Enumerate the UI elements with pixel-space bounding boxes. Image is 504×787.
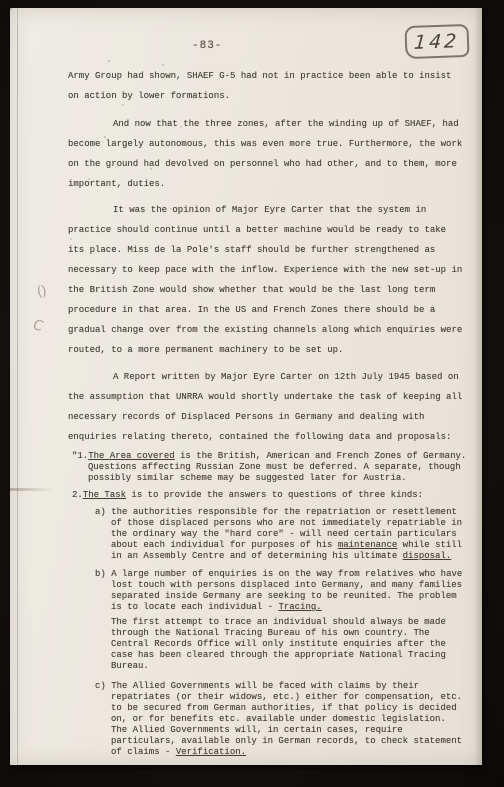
page-crease-line [16,8,18,765]
paragraph-report-intro: A Report written by Major Eyre Carter on… [68,367,464,447]
item-number: "1. [72,451,88,461]
margin-pencil-mark: ( ) [36,283,46,300]
item-title-underlined: The Area covered [88,451,174,461]
numbered-item-area-covered: "1.The Area covered is the British, Amer… [72,451,482,484]
item-number: 2. [72,490,83,500]
underlined-term-tracing: Tracing. [278,602,321,612]
item-letter: c) [95,681,106,691]
underlined-term-verification: Verification. [176,747,246,757]
numbered-item-the-task: 2.The Task is to provide the answers to … [72,490,482,501]
archive-stamp-box: 142 [404,24,469,59]
page-edge-shadow [474,8,482,765]
item-letter: b) [95,569,106,579]
scan-smudge [10,488,54,491]
paragraph-tracing-continuation: The first attempt to trace an individual… [111,617,467,672]
typed-text-body: Army Group had shown, SHAEF G-5 had not … [68,66,464,765]
margin-pencil-mark: C [30,317,45,334]
item-title-underlined: The Task [83,490,126,500]
item-text: The Allied Governments will be faced wit… [111,681,462,757]
paragraph-three-zones: And now that the three zones, after the … [68,114,464,194]
paper-speckles [10,8,12,10]
page-number: -83- [192,40,222,52]
underlined-term-disposal: disposal. [403,551,452,561]
lettered-item-b-tracing: b) A large number of enquiries is on the… [95,569,467,613]
paragraph-eyre-carter-opinion: It was the opinion of Major Eyre Carter … [68,200,464,360]
item-text: is to provide the answers to questions o… [126,490,423,500]
archive-stamp-number: 142 [414,30,461,54]
paragraph-army-group: Army Group had shown, SHAEF G-5 had not … [68,66,464,106]
item-letter: a) [95,507,106,517]
lettered-item-a-maintenance: a) the authorities responsible for the r… [95,507,467,562]
document-page: -83- 142 ( ) C Army Group had shown, SHA… [10,8,482,765]
lettered-item-c-verification: c) The Allied Governments will be faced … [95,681,467,758]
underlined-term-maintenance: maintenance [338,540,397,550]
